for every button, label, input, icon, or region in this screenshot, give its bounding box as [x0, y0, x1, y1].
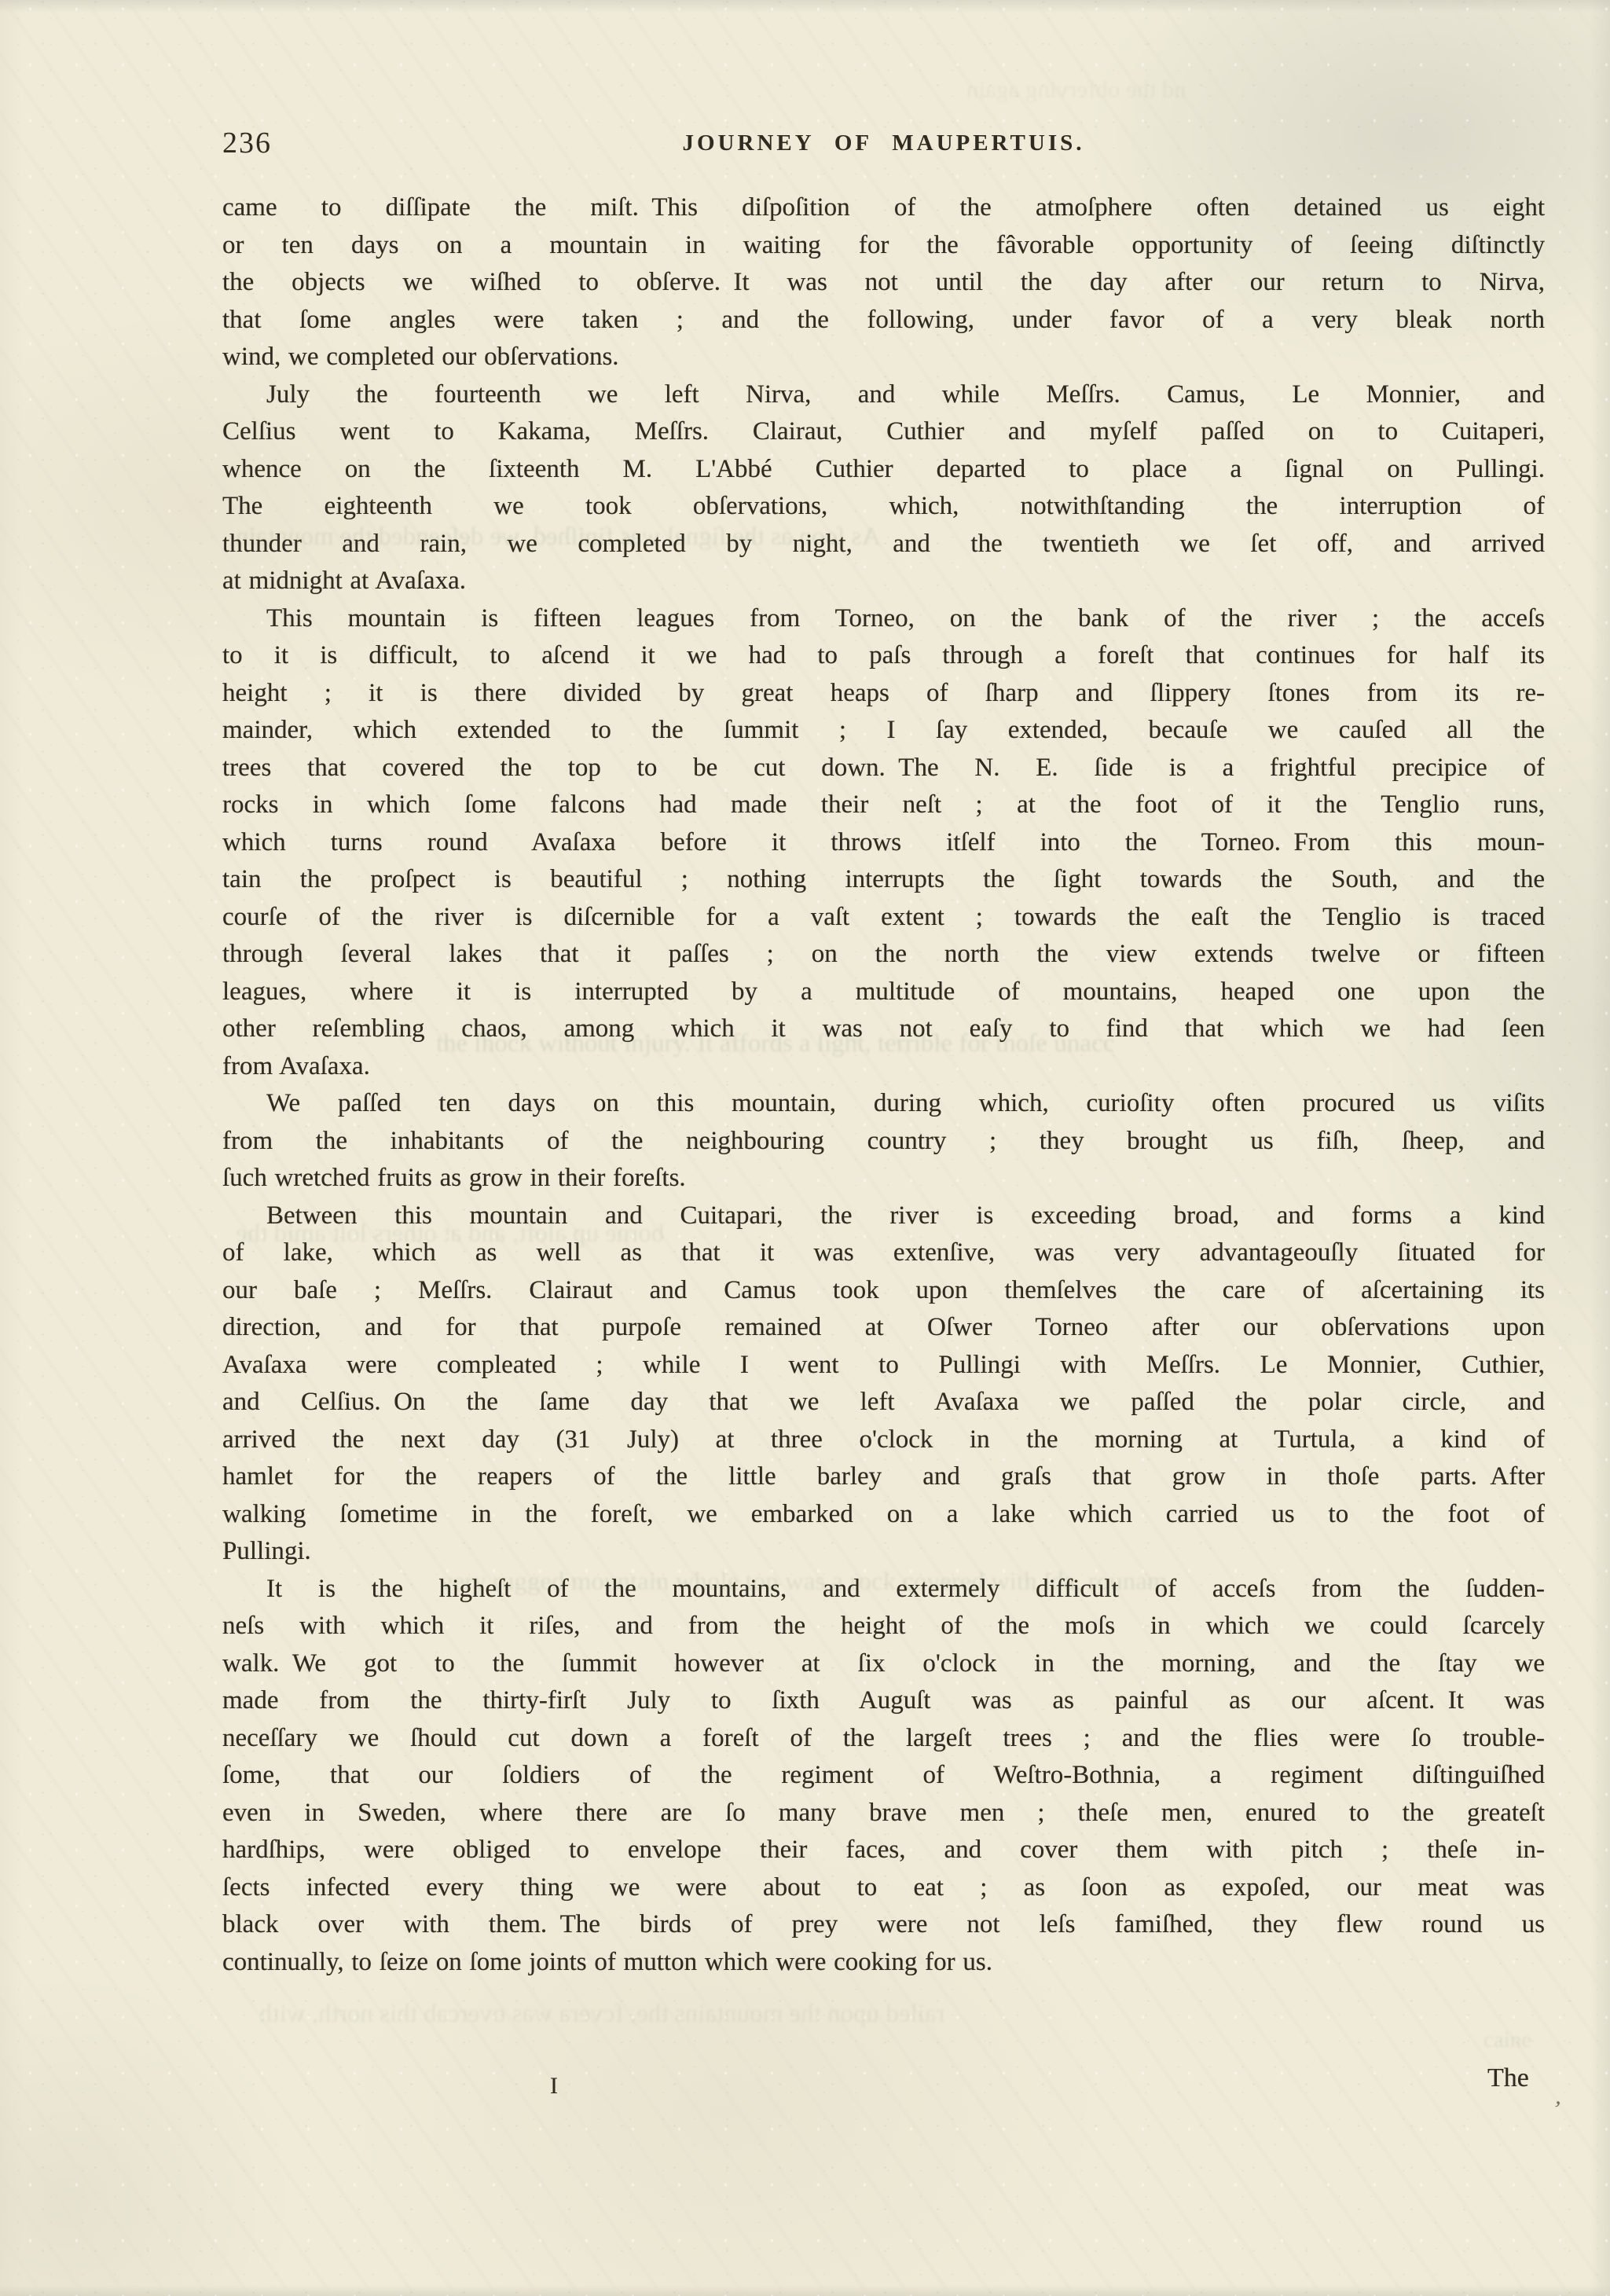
text-line: which turns round Avaſaxa before it thro…: [222, 824, 1545, 862]
text-line: walking ſometime in the foreſt, we embar…: [222, 1496, 1545, 1534]
text-line: even in Sweden, where there are ſo many …: [222, 1795, 1545, 1832]
text-line: made from the thirty-firſt July to ſixth…: [222, 1682, 1545, 1720]
text-line: hardſhips, were obliged to envelope thei…: [222, 1832, 1545, 1869]
signature-mark: I: [550, 2073, 558, 2100]
body-text: came to diſſipate the miſt. This diſpoſi…: [222, 189, 1545, 1981]
text-line: trees that covered the top to be cut dow…: [222, 750, 1545, 787]
text-line: thunder and rain, we completed by night,…: [222, 526, 1545, 563]
text-line: neſs with which it riſes, and from the h…: [222, 1608, 1545, 1645]
text-line: neceſſary we ſhould cut down a foreſt of…: [222, 1720, 1545, 1758]
text-line: mainder, which extended to the ſummit ; …: [222, 712, 1545, 750]
text-line: to it is difficult, to aſcend it we had …: [222, 637, 1545, 675]
text-line: courſe of the river is diſcernible for a…: [222, 899, 1545, 937]
book-page: nd the obferving againAs ſoon as the ſig…: [0, 0, 1610, 2296]
text-line: or ten days on a mountain in waiting for…: [222, 227, 1545, 265]
text-line: It is the higheſt of the mountains, and …: [222, 1571, 1545, 1608]
text-line: from the inhabitants of the neighbouring…: [222, 1123, 1545, 1161]
text-line: July the fourteenth we left Nirva, and w…: [222, 376, 1545, 414]
text-line: black over with them. The birds of prey …: [222, 1906, 1545, 1944]
paragraph: July the fourteenth we left Nirva, and w…: [222, 376, 1545, 600]
text-line: whence on the ſixteenth M. L'Abbé Cuthie…: [222, 451, 1545, 489]
text-line: ſome, that our ſoldiers of the regiment …: [222, 1757, 1545, 1795]
text-line: the objects we wiſhed to obſerve. It was…: [222, 264, 1545, 302]
text-line: through ſeveral lakes that it paſſes ; o…: [222, 936, 1545, 974]
text-line: This mountain is fifteen leagues from To…: [222, 600, 1545, 638]
text-line: Celſius went to Kakama, Meſſrs. Clairaut…: [222, 413, 1545, 451]
text-line: from Avaſaxa.: [222, 1048, 1545, 1086]
show-through-text: caine: [1483, 2027, 1531, 2053]
text-line: Between this mountain and Cuitapari, the…: [222, 1198, 1545, 1235]
text-line: rocks in which ſome falcons had made the…: [222, 787, 1545, 824]
text-line: that ſome angles were taken ; and the fo…: [222, 302, 1545, 339]
text-line: Pullingi.: [222, 1533, 1545, 1571]
paragraph: This mountain is fifteen leagues from To…: [222, 600, 1545, 1086]
text-line: direction, and for that purpoſe remained…: [222, 1309, 1545, 1347]
paragraph: came to diſſipate the miſt. This diſpoſi…: [222, 189, 1545, 376]
text-line: and Celſius. On the ſame day that we lef…: [222, 1384, 1545, 1421]
text-line: at midnight at Avaſaxa.: [222, 563, 1545, 600]
text-line: The eighteenth we took obſervations, whi…: [222, 488, 1545, 526]
text-line: our baſe ; Meſſrs. Clairaut and Camus to…: [222, 1272, 1545, 1310]
text-line: ſuch wretched fruits as grow in their fo…: [222, 1160, 1545, 1198]
text-line: came to diſſipate the miſt. This diſpoſi…: [222, 189, 1545, 227]
text-line: height ; it is there divided by great he…: [222, 675, 1545, 713]
text-line: arrived the next day (31 July) at three …: [222, 1421, 1545, 1459]
running-title: JOURNEY OF MAUPERTUIS.: [222, 130, 1545, 156]
show-through-text: railed upon the mountains the, fcvera wa…: [259, 2000, 944, 2029]
text-line: of lake, which as well as that it was ex…: [222, 1234, 1545, 1272]
ink-speck: ’: [1550, 2096, 1564, 2123]
text-line: hamlet for the reapers of the little bar…: [222, 1458, 1545, 1496]
text-line: tain the proſpect is beautiful ; nothing…: [222, 861, 1545, 899]
text-line: We paſſed ten days on this mountain, dur…: [222, 1085, 1545, 1123]
text-line: wind, we completed our obſervations.: [222, 339, 1545, 376]
text-line: leagues, where it is interrupted by a mu…: [222, 974, 1545, 1011]
catchword: The: [1487, 2063, 1529, 2093]
text-line: continually, to ſeize on ſome joints of …: [222, 1944, 1545, 1982]
text-line: other reſembling chaos, among which it w…: [222, 1010, 1545, 1048]
page-header: 236 JOURNEY OF MAUPERTUIS.: [222, 124, 1545, 171]
paragraph: We paſſed ten days on this mountain, dur…: [222, 1085, 1545, 1198]
text-line: Avaſaxa were compleated ; while I went t…: [222, 1347, 1545, 1385]
paragraph: It is the higheſt of the mountains, and …: [222, 1571, 1545, 1982]
show-through-text: nd the obferving again: [966, 75, 1186, 104]
text-line: ſects infected every thing we were about…: [222, 1869, 1545, 1907]
paragraph: Between this mountain and Cuitapari, the…: [222, 1198, 1545, 1571]
text-line: walk. We got to the ſummit however at ſi…: [222, 1645, 1545, 1683]
